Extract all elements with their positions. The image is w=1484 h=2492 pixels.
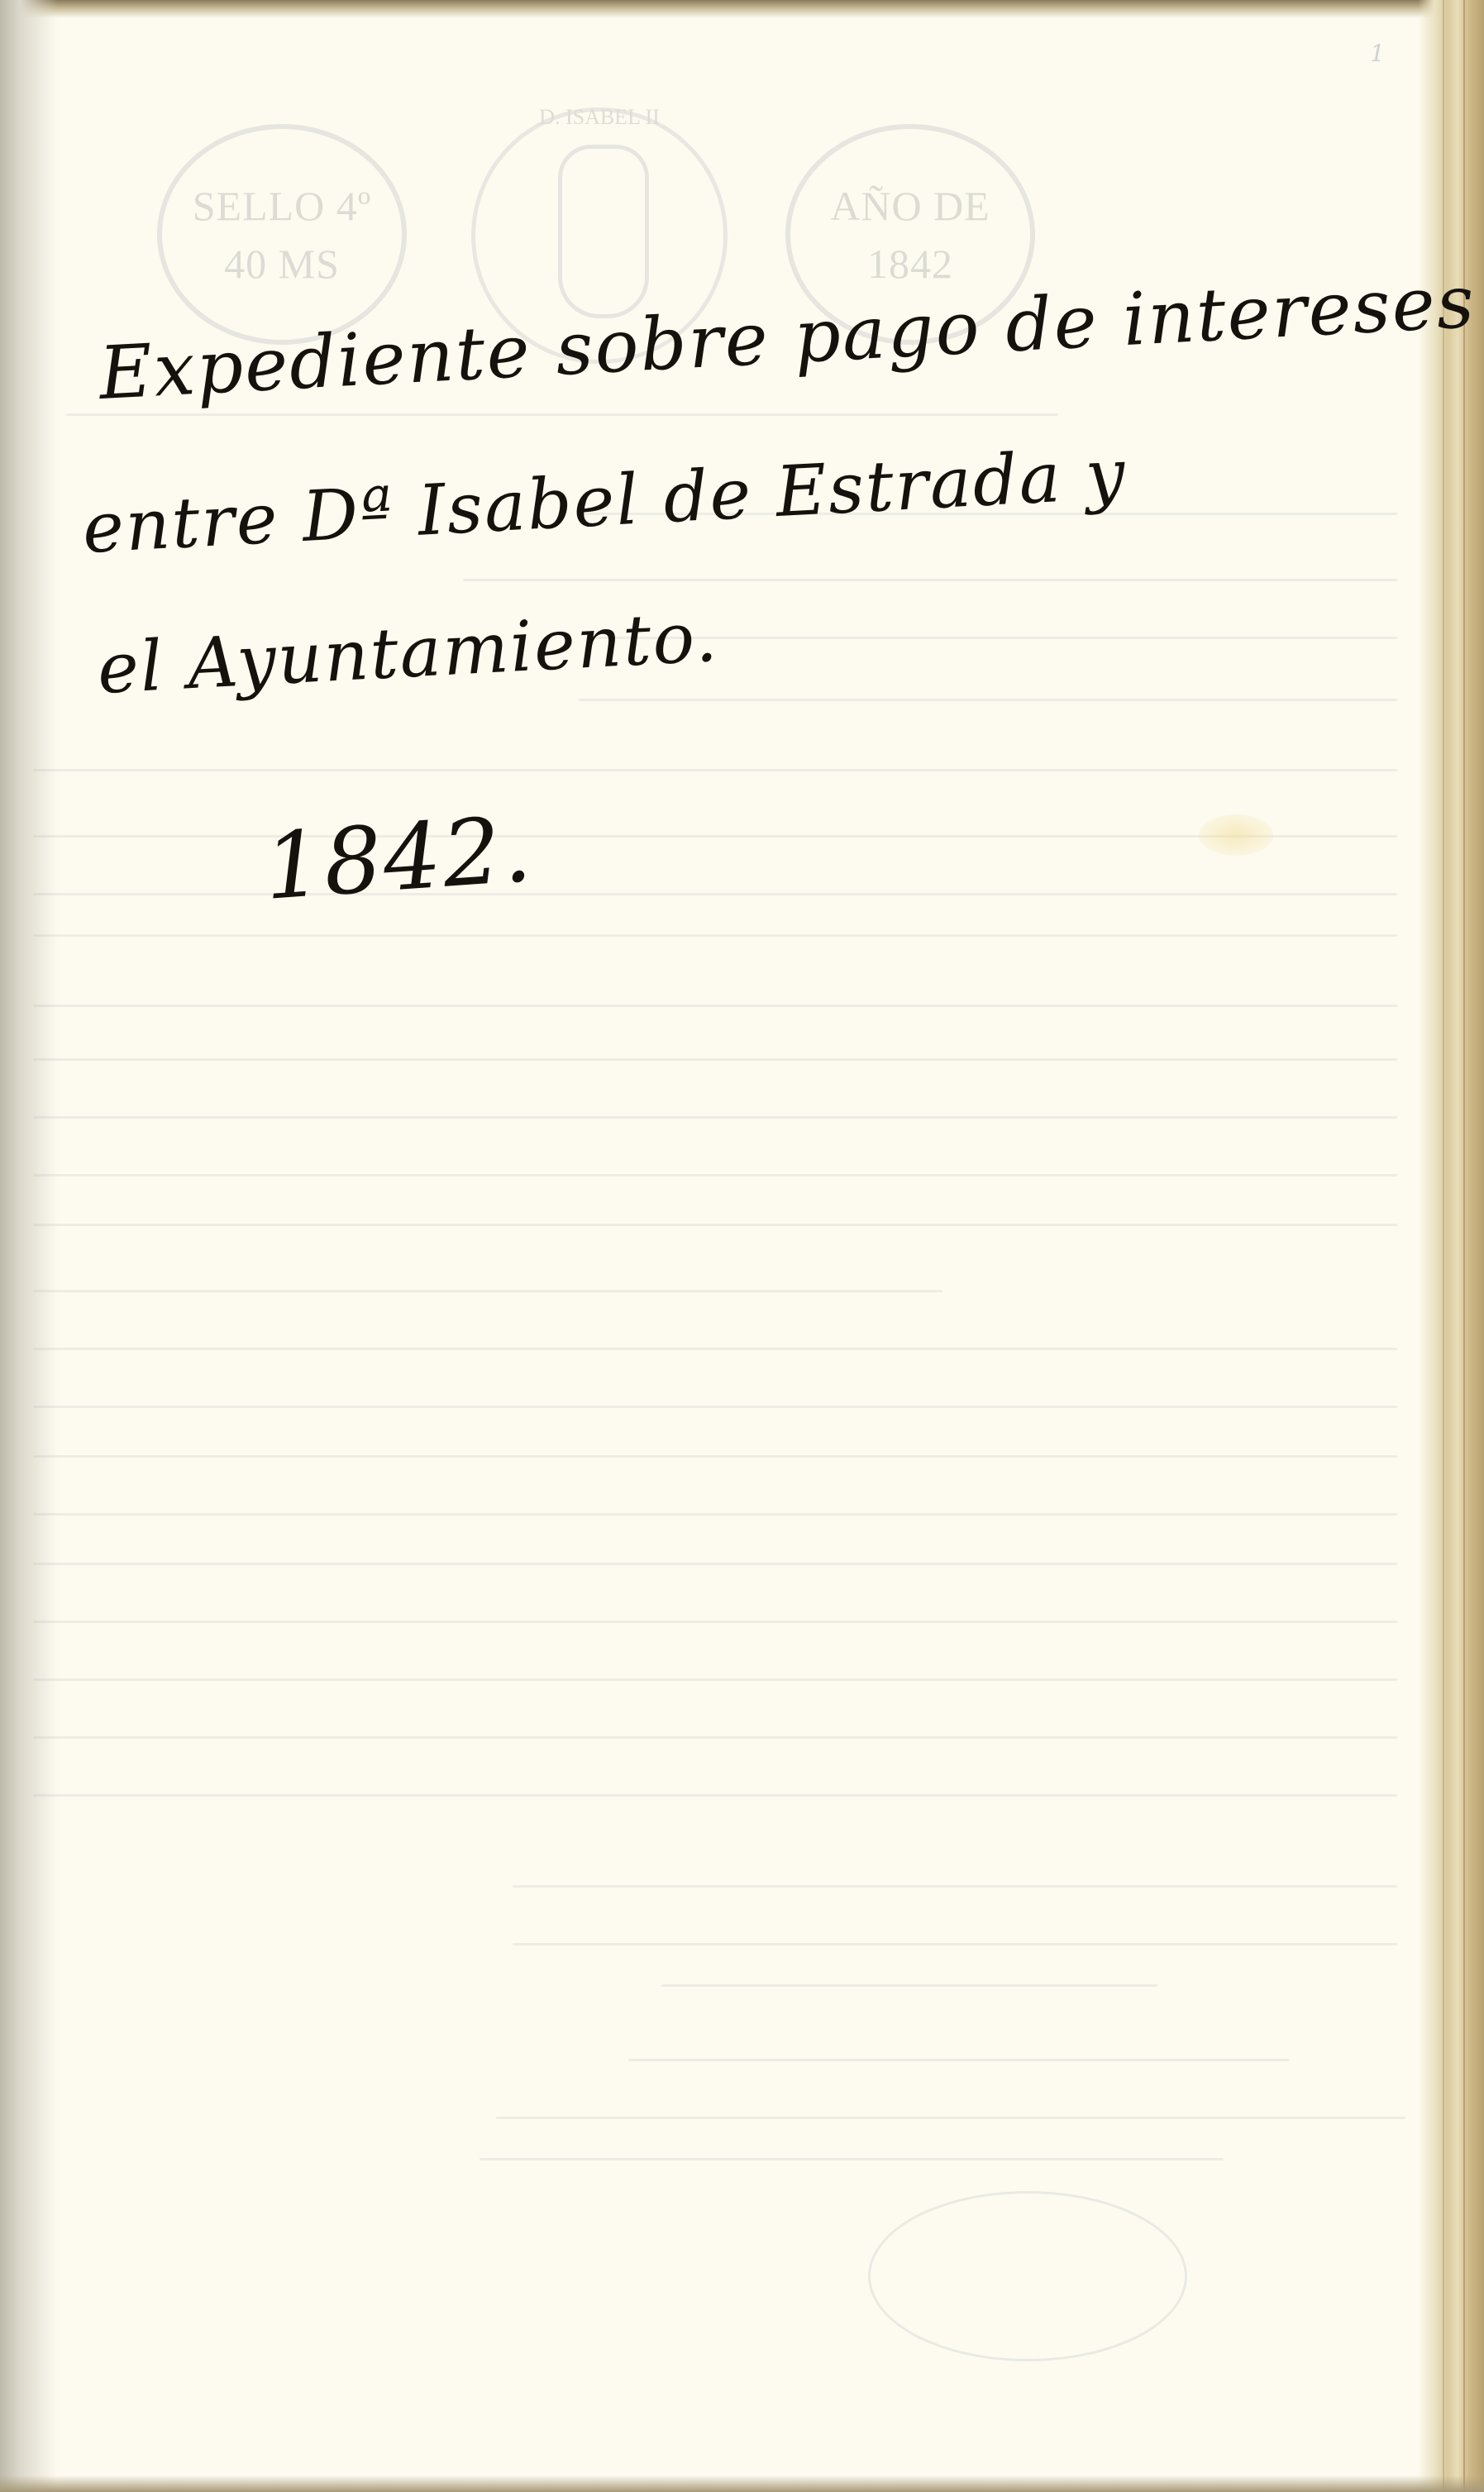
- bottom-edge: [0, 2475, 1484, 2492]
- bleed-line: [33, 893, 1397, 895]
- bleed-line: [33, 1678, 1397, 1681]
- bleed-line: [33, 769, 1397, 771]
- bleed-line: [33, 1005, 1397, 1007]
- bleed-line: [33, 1736, 1397, 1739]
- bleed-line: [513, 1885, 1397, 1888]
- title-line-3: el Ayuntamiento.: [95, 596, 720, 709]
- torn-top-edge: [0, 0, 1484, 18]
- bleed-line: [33, 1290, 942, 1292]
- stamp-year-value: 1842: [867, 235, 953, 293]
- bleed-line: [33, 1513, 1397, 1516]
- bleed-line: [463, 579, 1397, 581]
- bleed-line: [66, 413, 1058, 416]
- document-year: 1842.: [261, 795, 537, 919]
- bleed-line: [33, 1348, 1397, 1350]
- bleed-line: [33, 1621, 1397, 1623]
- bleed-line: [480, 2158, 1224, 2160]
- stamp-seal-value: 40 MS: [224, 235, 340, 293]
- stamp-seal-label: SELLO 4º: [193, 177, 372, 235]
- bleed-line: [33, 1058, 1397, 1061]
- page-stack-edge: [1418, 0, 1484, 2492]
- signature-flourish: [868, 2191, 1187, 2361]
- bleed-line: [33, 835, 1397, 838]
- title-line-2: entre Dª Isabel de Estrada y: [80, 433, 1129, 569]
- bleed-line: [33, 1116, 1397, 1119]
- bleed-line: [628, 2059, 1290, 2061]
- bleed-line: [33, 1563, 1397, 1565]
- bleed-line: [33, 1794, 1397, 1797]
- bleed-line: [496, 2117, 1405, 2119]
- stamp-crest-legend: D. ISABEL II: [475, 105, 723, 130]
- bleed-line: [661, 1984, 1157, 1987]
- coat-of-arms-icon: [558, 145, 649, 318]
- stamp-left-medallion: SELLO 4º 40 MS: [157, 124, 407, 345]
- stamp-year-label: AÑO DE: [830, 177, 990, 235]
- folio-number: 1: [1370, 40, 1385, 67]
- bleed-line: [33, 934, 1397, 937]
- bleed-line: [33, 1174, 1397, 1177]
- bleed-line: [513, 1943, 1397, 1945]
- bleed-line: [579, 699, 1397, 701]
- bleed-line: [33, 1224, 1397, 1226]
- bleed-line: [33, 1455, 1397, 1458]
- document-scan: 1 SELLO 4º 40 MS D. ISABEL II AÑO DE 184…: [0, 0, 1484, 2492]
- bleed-line: [33, 1406, 1397, 1408]
- binding-gutter-shadow: [0, 0, 58, 2492]
- paper-stain: [1199, 814, 1273, 856]
